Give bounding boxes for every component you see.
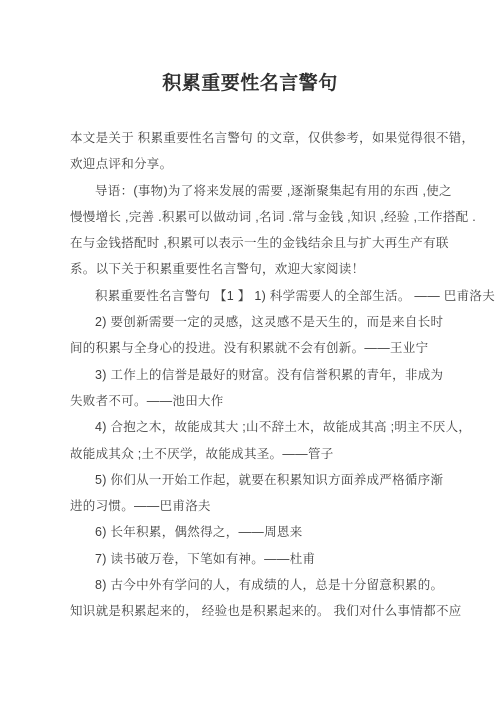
text-line: 本文是关于 积累重要性名言警句 的文章，仅供参考，如果觉得很不错，: [70, 125, 430, 151]
text-line: 慢慢增长 ,完善 .积累可以做动词 ,名词 .常与金钱 ,知识 ,经验 ,工作搭…: [70, 204, 430, 230]
text-line: 知识就是积累起来的， 经验也是积累起来的。 我们对什么事情都不应: [70, 598, 430, 624]
text-line: 欢迎点评和分享。: [70, 151, 430, 177]
text-line: 故能成其众 ;土不厌学，故能成其圣。——管子: [70, 441, 430, 467]
text-line: 6) 长年积累，偶然得之，——周恩来: [70, 519, 430, 545]
page-title: 积累重要性名言警句: [70, 72, 430, 96]
text-line: 积累重要性名言警句 【1 】 1) 科学需要人的全部生活。 —— 巴甫洛夫: [70, 283, 430, 309]
document-page: 积累重要性名言警句 本文是关于 积累重要性名言警句 的文章，仅供参考，如果觉得很…: [0, 0, 500, 708]
text-line: 5) 你们从一开始工作起，就要在积累知识方面养成严格循序渐: [70, 467, 430, 493]
text-line: 7) 读书破万卷，下笔如有神。——杜甫: [70, 546, 430, 572]
text-line: 4) 合抱之木，故能成其大 ;山不辞土木，故能成其高 ;明主不厌人，: [70, 414, 430, 440]
text-line: 间的积累与全身心的投进。没有积累就不会有创新。——王业宁: [70, 335, 430, 361]
text-line: 3) 工作上的信誉是最好的财富。没有信誉积累的青年，非成为: [70, 362, 430, 388]
text-line: 8) 古今中外有学问的人，有成绩的人，总是十分留意积累的。: [70, 572, 430, 598]
text-line: 2) 要创新需要一定的灵感，这灵感不是天生的，而是来自长时: [70, 309, 430, 335]
document-body: 本文是关于 积累重要性名言警句 的文章，仅供参考，如果觉得很不错， 欢迎点评和分…: [70, 125, 430, 625]
text-line: 失败者不可。——池田大作: [70, 388, 430, 414]
text-line: 系。以下关于积累重要性名言警句，欢迎大家阅读！: [70, 256, 430, 282]
text-line: 导语：(事物)为了将来发展的需要 ,逐渐聚集起有用的东西 ,使之: [70, 178, 430, 204]
text-line: 在与金钱搭配时 ,积累可以表示一生的金钱结余且与扩大再生产有联: [70, 230, 430, 256]
text-line: 进的习惯。——巴甫洛夫: [70, 493, 430, 519]
